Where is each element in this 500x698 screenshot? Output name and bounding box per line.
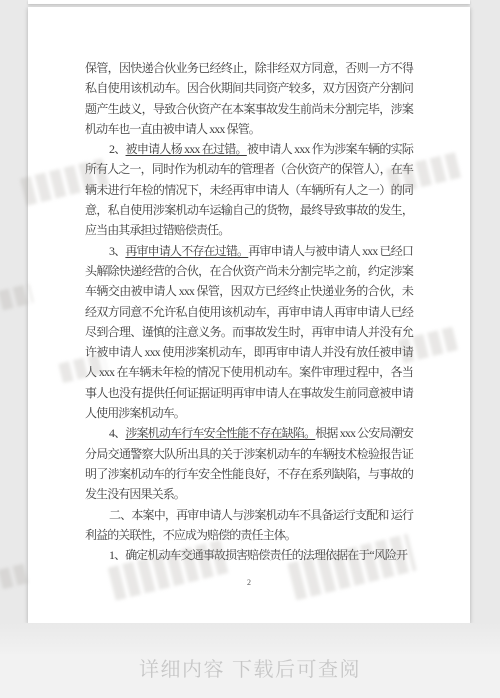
body-text: 1、确定机动车交通事故损害赔偿责任的法理依据在于“风险开 xyxy=(109,548,407,562)
body-text: 4、 xyxy=(109,426,125,440)
previous-page-edge xyxy=(28,0,470,4)
paragraph: 二、本案中，再审申请人与涉案机动车不具备运行支配和 运行利益的关联性，不应成为赔… xyxy=(85,505,413,546)
download-notice-text: 详细内容 下载后可查阅 xyxy=(0,653,500,682)
paragraph: 4、涉案机动车行车安全性能不存在缺陷。根据 xxx 公安局潮安分局交通警察大队所… xyxy=(85,423,413,504)
body-text: 被申请人 xxx 作为涉案车辆的实际所有人之一，同时作为机动车的管理者（合伙资产… xyxy=(85,142,413,237)
heading-underlined: 再审申请人不存在过错。 xyxy=(125,244,248,258)
body-text: 再审申请人与被申请人 xxx 已经口头解除快递经营的合伙，在合伙资产尚未分割完毕… xyxy=(85,244,413,420)
body-text: 二、本案中，再审申请人与涉案机动车不具备运行支配和 运行利益的关联性，不应成为赔… xyxy=(85,508,413,542)
document-text: 保管，因快递合伙业务已经终止，除非经双方同意，否则一方不得私自使用该机动车。因合… xyxy=(85,58,413,565)
body-text: 保管，因快递合伙业务已经终止，除非经双方同意，否则一方不得私自使用该机动车。因合… xyxy=(85,61,413,136)
heading-underlined: 涉案机动车行车安全性能不存在缺陷。 xyxy=(125,426,315,440)
paragraph: 2、被申请人杨 xxx 在过错。被申请人 xxx 作为涉案车辆的实际所有人之一，… xyxy=(85,139,413,240)
download-notice-bar: 详细内容 下载后可查阅 xyxy=(0,623,500,698)
page-number: 2 xyxy=(28,578,470,587)
body-text: 3、 xyxy=(109,244,125,258)
paragraph: 保管，因快递合伙业务已经终止，除非经双方同意，否则一方不得私自使用该机动车。因合… xyxy=(85,58,413,139)
heading-underlined: 被申请人杨 xxx 在过错。 xyxy=(126,142,247,156)
paragraph: 1、确定机动车交通事故损害赔偿责任的法理依据在于“风险开 xyxy=(85,545,413,565)
paragraph: 3、再审申请人不存在过错。再审申请人与被申请人 xxx 已经口头解除快递经营的合… xyxy=(85,241,413,424)
document-page: 保管，因快递合伙业务已经终止，除非经双方同意，否则一方不得私自使用该机动车。因合… xyxy=(28,7,470,623)
body-text: 2、 xyxy=(109,142,126,156)
